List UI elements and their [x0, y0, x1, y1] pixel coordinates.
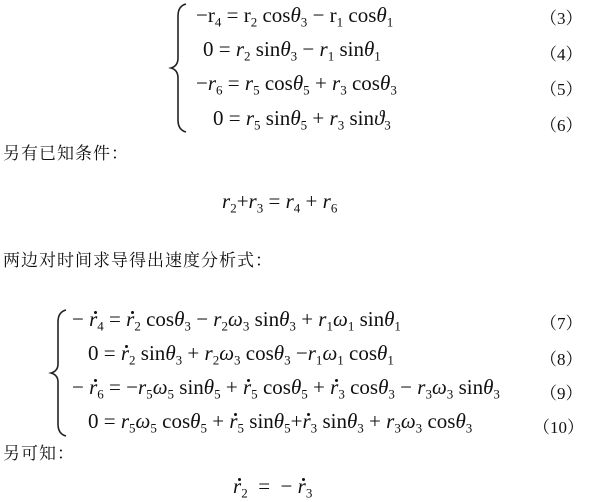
equation-7: − r4 = r2 cosθ3 − r2ω3 sinθ3 + r1ω1 sinθ… [72, 309, 401, 330]
left-brace-system1 [168, 2, 190, 134]
equation-10: 0 = r5ω5 cosθ5 + r5 sinθ5+r3 sinθ3 + r3ω… [88, 411, 472, 432]
equation-4: 0 = r2 sinθ3 − r1 sinθ1 [203, 39, 381, 60]
paragraph-known-conditions: 另有已知条件： [3, 146, 129, 163]
equation-number-4: （4） [540, 46, 583, 63]
paragraph-velocity-analysis: 两边对时间求导得出速度分析式： [3, 253, 273, 270]
left-brace-system2 [48, 308, 70, 438]
equation-8: 0 = r2 sinθ3 + r2ω3 cosθ3 −r1ω1 cosθ1 [88, 343, 394, 364]
paragraph-also-known: 另可知： [3, 446, 75, 463]
equation-number-6: （6） [540, 117, 583, 134]
condition-equation: r2+r3 = r4 + r6 [222, 191, 337, 212]
equation-9: − r6 = −r5ω5 sinθ5 + r5 cosθ5 + r3 cosθ3… [72, 377, 500, 398]
equation-6: 0 = r5 sinθ5 + r3 sinϑ3 [213, 108, 391, 129]
equation-5: −r6 = r5 cosθ5 + r3 cosθ3 [196, 73, 397, 94]
final-equation: r2 = − r3 [233, 476, 312, 497]
equation-number-9: （9） [540, 385, 583, 402]
equation-number-10: （10） [533, 419, 584, 436]
equation-number-7: （7） [540, 315, 583, 332]
equation-number-8: （8） [540, 351, 583, 368]
equation-3: −r4 = r2 cosθ3 − r1 cosθ1 [196, 5, 393, 26]
equation-number-5: （5） [540, 81, 583, 98]
equation-number-3: （3） [540, 10, 583, 27]
